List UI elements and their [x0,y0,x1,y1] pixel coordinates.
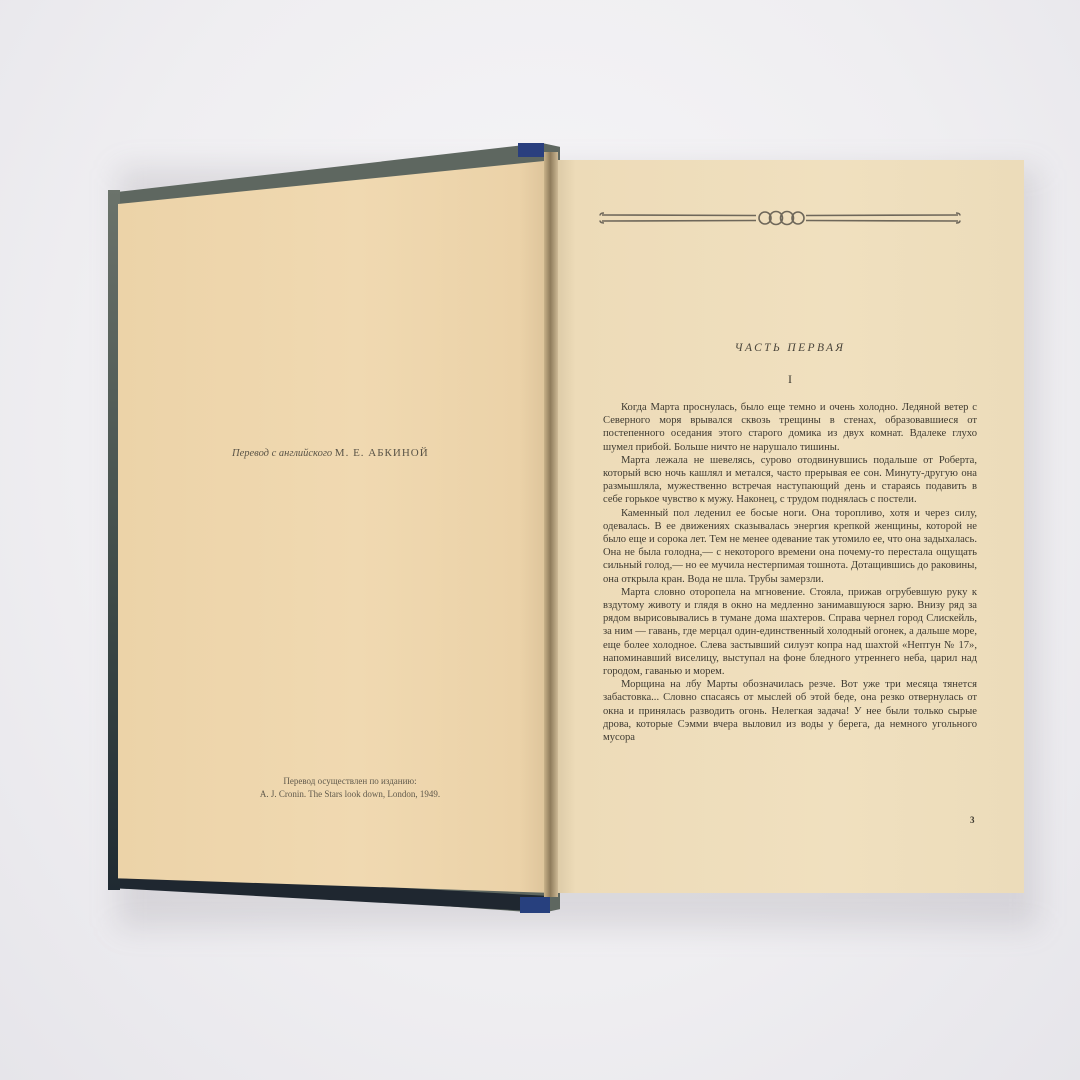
translator-credit: Перевод с английского М. Е. АБКИНОЙ [232,447,472,459]
part-title: ЧАСТЬ ПЕРВАЯ [560,342,1020,354]
spine-bottom-blue [520,897,550,913]
edition-note: Перевод осуществлен по изданию: A. J. Cr… [230,775,470,801]
spine-top-blue [518,143,544,157]
paragraph: Марта словно оторопела на мгновение. Сто… [603,586,977,678]
translator-name: М. Е. АБКИНОЙ [335,447,429,459]
edition-line-1: Перевод осуществлен по изданию: [230,775,470,788]
paragraph: Марта лежала не шевелясь, сурово отодвин… [603,454,977,507]
edition-line-2: A. J. Cronin. The Stars look down, Londo… [230,788,470,801]
chapter-body: Когда Марта проснулась, было еще темно и… [603,401,977,744]
chapter-number: I [560,372,1020,387]
translator-prefix: Перевод с английского [232,448,332,459]
ornament-icon [598,208,962,228]
paragraph: Морщина на лбу Марты обозначилась резче.… [603,678,977,744]
book-gutter [544,152,558,897]
paragraph: Когда Марта проснулась, было еще темно и… [603,401,977,454]
paragraph: Каменный пол леденил ее босые ноги. Она … [603,507,977,586]
page-number: 3 [970,815,975,825]
